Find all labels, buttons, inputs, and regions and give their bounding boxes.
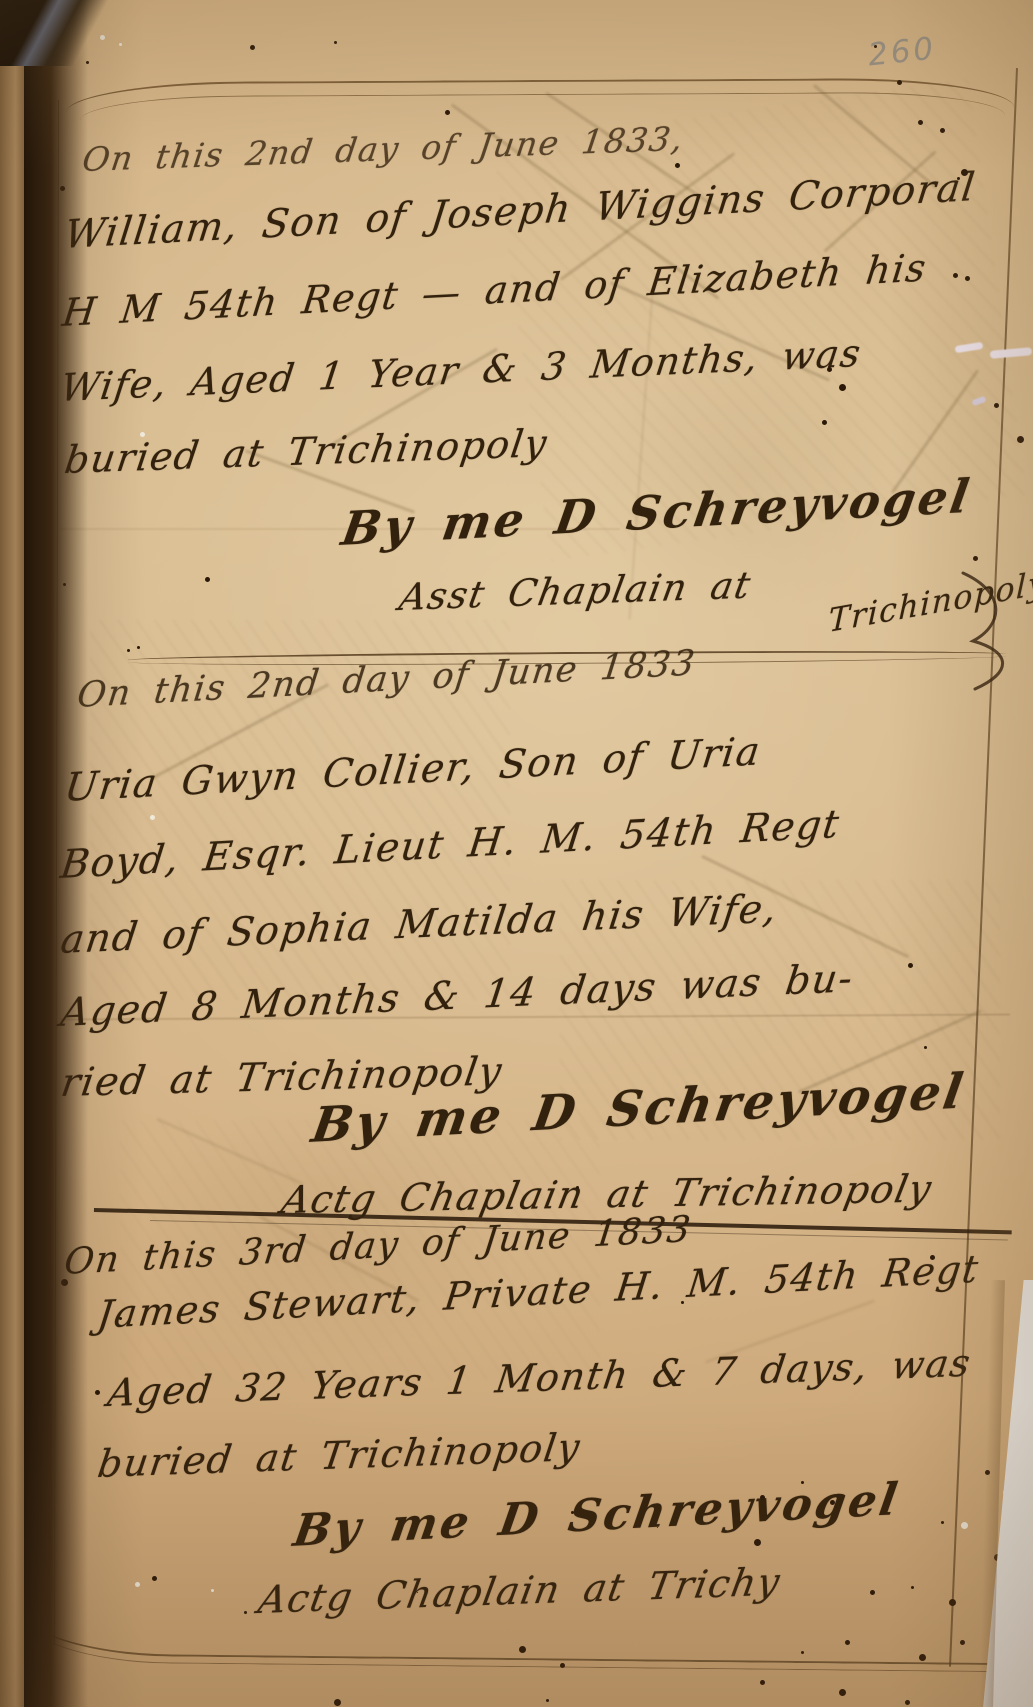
book-gutter — [24, 0, 88, 1707]
page-number: 260 — [866, 31, 938, 74]
entry-text-line: buried at Trichinopoly — [62, 421, 551, 482]
spine-top-corner — [0, 0, 140, 66]
signer-title: Actg Chaplain at Trichy — [255, 1559, 784, 1622]
chaplain-signature: By me D Schreyvogel — [290, 1474, 903, 1557]
entry-text-line: buried at Trichinopoly — [95, 1425, 584, 1486]
signer-title: Asst Chaplain at — [396, 563, 755, 619]
scanned-register-page: 260 On this 2nd day of June 1833, Willia… — [0, 0, 1033, 1707]
